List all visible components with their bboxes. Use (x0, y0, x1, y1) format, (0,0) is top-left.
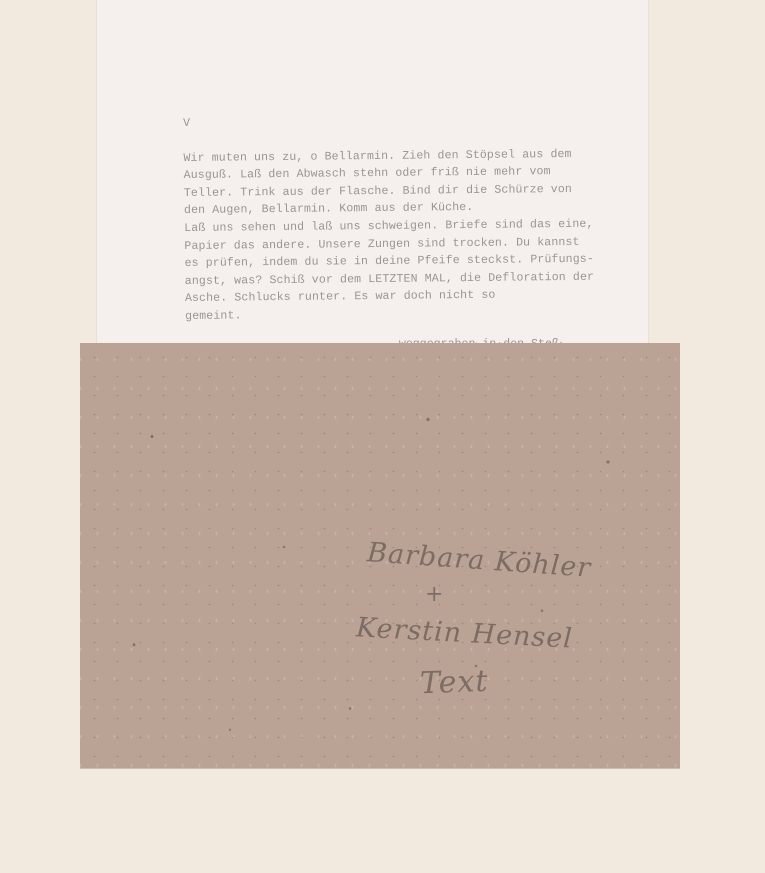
handwritten-label: Text (419, 664, 489, 701)
typewritten-text: V Wir muten uns zu, o Bellarmin. Zieh de… (183, 110, 626, 360)
handwritten-plus: + (425, 582, 444, 607)
section-heading: V (183, 110, 623, 132)
paragraph-1: Wir muten uns zu, o Bellarmin. Zieh den … (183, 145, 625, 326)
